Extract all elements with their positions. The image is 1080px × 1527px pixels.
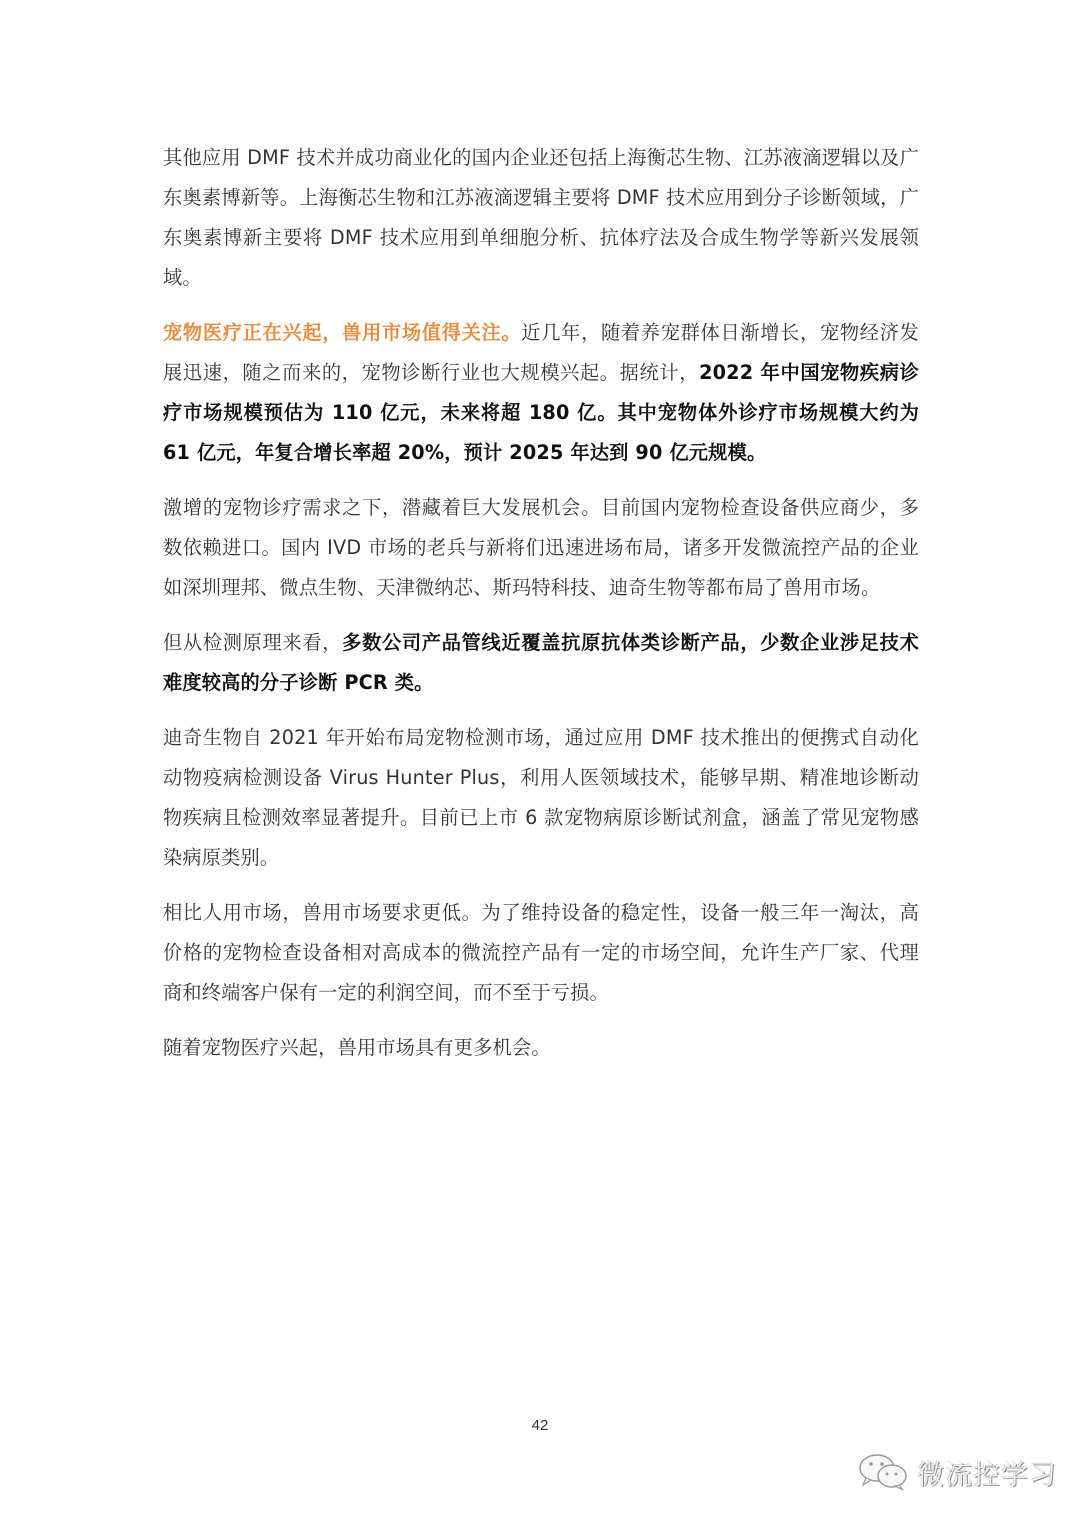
highlight-heading: 宠物医疗正在兴起，兽用市场值得关注。 (163, 321, 521, 344)
paragraph-diqi-bio: 迪奇生物自 2021 年开始布局宠物检测市场，通过应用 DMF 技术推出的便携式… (163, 718, 919, 878)
paragraph-closing: 随着宠物医疗兴起，兽用市场具有更多机会。 (163, 1028, 919, 1068)
document-body: 其他应用 DMF 技术并成功商业化的国内企业还包括上海衡芯生物、江苏液滴逻辑以及… (163, 138, 919, 1083)
paragraph-detection-principle: 但从检测原理来看，多数公司产品管线近覆盖抗原抗体类诊断产品，少数企业涉足技术难度… (163, 623, 919, 703)
text-segment: 相比人用市场，兽用市场要求更低。为了维持设备的稳定性，设备一般三年一淘汰，高价格… (163, 901, 919, 1004)
paragraph-market-comparison: 相比人用市场，兽用市场要求更低。为了维持设备的稳定性，设备一般三年一淘汰，高价格… (163, 893, 919, 1013)
page-number: 42 (0, 1417, 1080, 1434)
paragraph-dmf-companies: 其他应用 DMF 技术并成功商业化的国内企业还包括上海衡芯生物、江苏液滴逻辑以及… (163, 138, 919, 298)
watermark-text: 微流控学习 (917, 1453, 1057, 1492)
text-segment: 激增的宠物诊疗需求之下，潜藏着巨大发展机会。目前国内宠物检查设备供应商少，多数依… (163, 496, 919, 599)
text-segment: 其他应用 DMF 技术并成功商业化的国内企业还包括上海衡芯生物、江苏液滴逻辑以及… (163, 146, 919, 289)
watermark: 微流控学习 (857, 1452, 1057, 1492)
text-segment: 但从检测原理来看， (163, 631, 342, 654)
paragraph-opportunity: 激增的宠物诊疗需求之下，潜藏着巨大发展机会。目前国内宠物检查设备供应商少，多数依… (163, 488, 919, 608)
paragraph-pet-medical: 宠物医疗正在兴起，兽用市场值得关注。近几年，随着养宠群体日渐增长，宠物经济发展迅… (163, 313, 919, 473)
text-segment: 随着宠物医疗兴起，兽用市场具有更多机会。 (163, 1036, 551, 1059)
text-segment: 迪奇生物自 2021 年开始布局宠物检测市场，通过应用 DMF 技术推出的便携式… (163, 726, 919, 869)
wechat-icon (857, 1452, 909, 1492)
